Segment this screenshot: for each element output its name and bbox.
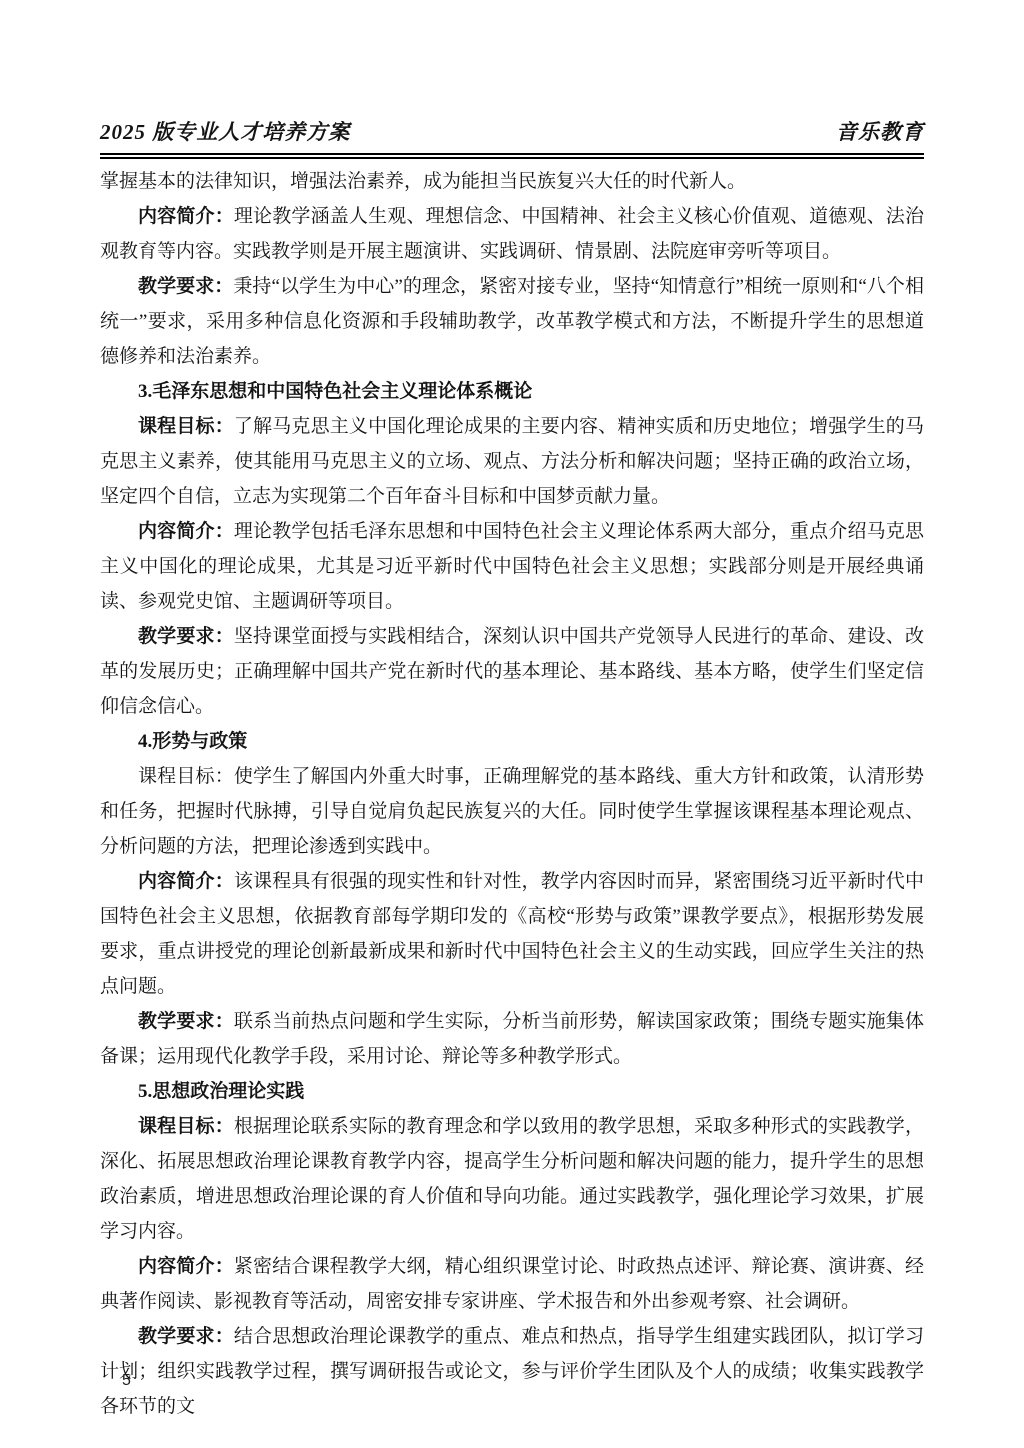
header-right-title: 音乐教育 — [836, 116, 924, 146]
section-heading: 5.思想政治理论实践 — [100, 1074, 924, 1109]
paragraph-label: 教学要求： — [138, 276, 233, 297]
section-heading: 4.形势与政策 — [100, 724, 924, 759]
paragraph-label: 内容简介： — [138, 521, 234, 542]
page-number: 5 — [122, 1372, 131, 1390]
paragraph-label: 课程目标： — [138, 766, 234, 787]
paragraph: 内容简介：紧密结合课程教学大纲，精心组织课堂讨论、时政热点述评、辩论赛、演讲赛、… — [100, 1249, 924, 1319]
paragraph-label: 教学要求： — [138, 1011, 234, 1032]
section-heading: 3.毛泽东思想和中国特色社会主义理论体系概论 — [100, 374, 924, 409]
paragraph-label: 内容简介： — [138, 206, 234, 227]
paragraph-label: 课程目标： — [138, 1116, 234, 1137]
paragraph: 课程目标：使学生了解国内外重大时事，正确理解党的基本路线、重大方针和政策，认清形… — [100, 759, 924, 864]
paragraph-label: 教学要求： — [138, 1326, 234, 1347]
paragraph: 教学要求：坚持课堂面授与实践相结合，深刻认识中国共产党领导人民进行的革命、建设、… — [100, 619, 924, 724]
paragraph-label: 内容简介： — [138, 1256, 234, 1277]
paragraph-label: 课程目标： — [138, 416, 234, 437]
paragraph: 教学要求：秉持“以学生为中心”的理念，紧密对接专业，坚持“知情意行”相统一原则和… — [100, 269, 924, 374]
paragraph: 课程目标：根据理论联系实际的教育理念和学以致用的教学思想，采取多种形式的实践教学… — [100, 1109, 924, 1249]
paragraph: 教学要求：结合思想政治理论课教学的重点、难点和热点，指导学生组建实践团队，拟订学… — [100, 1319, 924, 1424]
document-body: 掌握基本的法律知识，增强法治素养，成为能担当民族复兴大任的时代新人。 内容简介：… — [100, 164, 924, 1424]
page-header: 2025 版专业人才培养方案 音乐教育 — [100, 116, 924, 159]
paragraph: 课程目标：了解马克思主义中国化理论成果的主要内容、精神实质和历史地位；增强学生的… — [100, 409, 924, 514]
paragraph: 教学要求：联系当前热点问题和学生实际，分析当前形势，解读国家政策；围绕专题实施集… — [100, 1004, 924, 1074]
paragraph: 内容简介：理论教学包括毛泽东思想和中国特色社会主义理论体系两大部分，重点介绍马克… — [100, 514, 924, 619]
paragraph: 内容简介：该课程具有很强的现实性和针对性，教学内容因时而异，紧密围绕习近平新时代… — [100, 864, 924, 1004]
paragraph-text: 掌握基本的法律知识，增强法治素养，成为能担当民族复兴大任的时代新人。 — [100, 171, 746, 192]
paragraph-label: 内容简介： — [138, 871, 234, 892]
paragraph-continuation: 掌握基本的法律知识，增强法治素养，成为能担当民族复兴大任的时代新人。 — [100, 164, 924, 199]
paragraph-label: 教学要求： — [138, 626, 234, 647]
document-page: 2025 版专业人才培养方案 音乐教育 掌握基本的法律知识，增强法治素养，成为能… — [0, 0, 1024, 1448]
header-left-title: 2025 版专业人才培养方案 — [100, 116, 350, 146]
paragraph: 内容简介：理论教学涵盖人生观、理想信念、中国精神、社会主义核心价值观、道德观、法… — [100, 199, 924, 269]
